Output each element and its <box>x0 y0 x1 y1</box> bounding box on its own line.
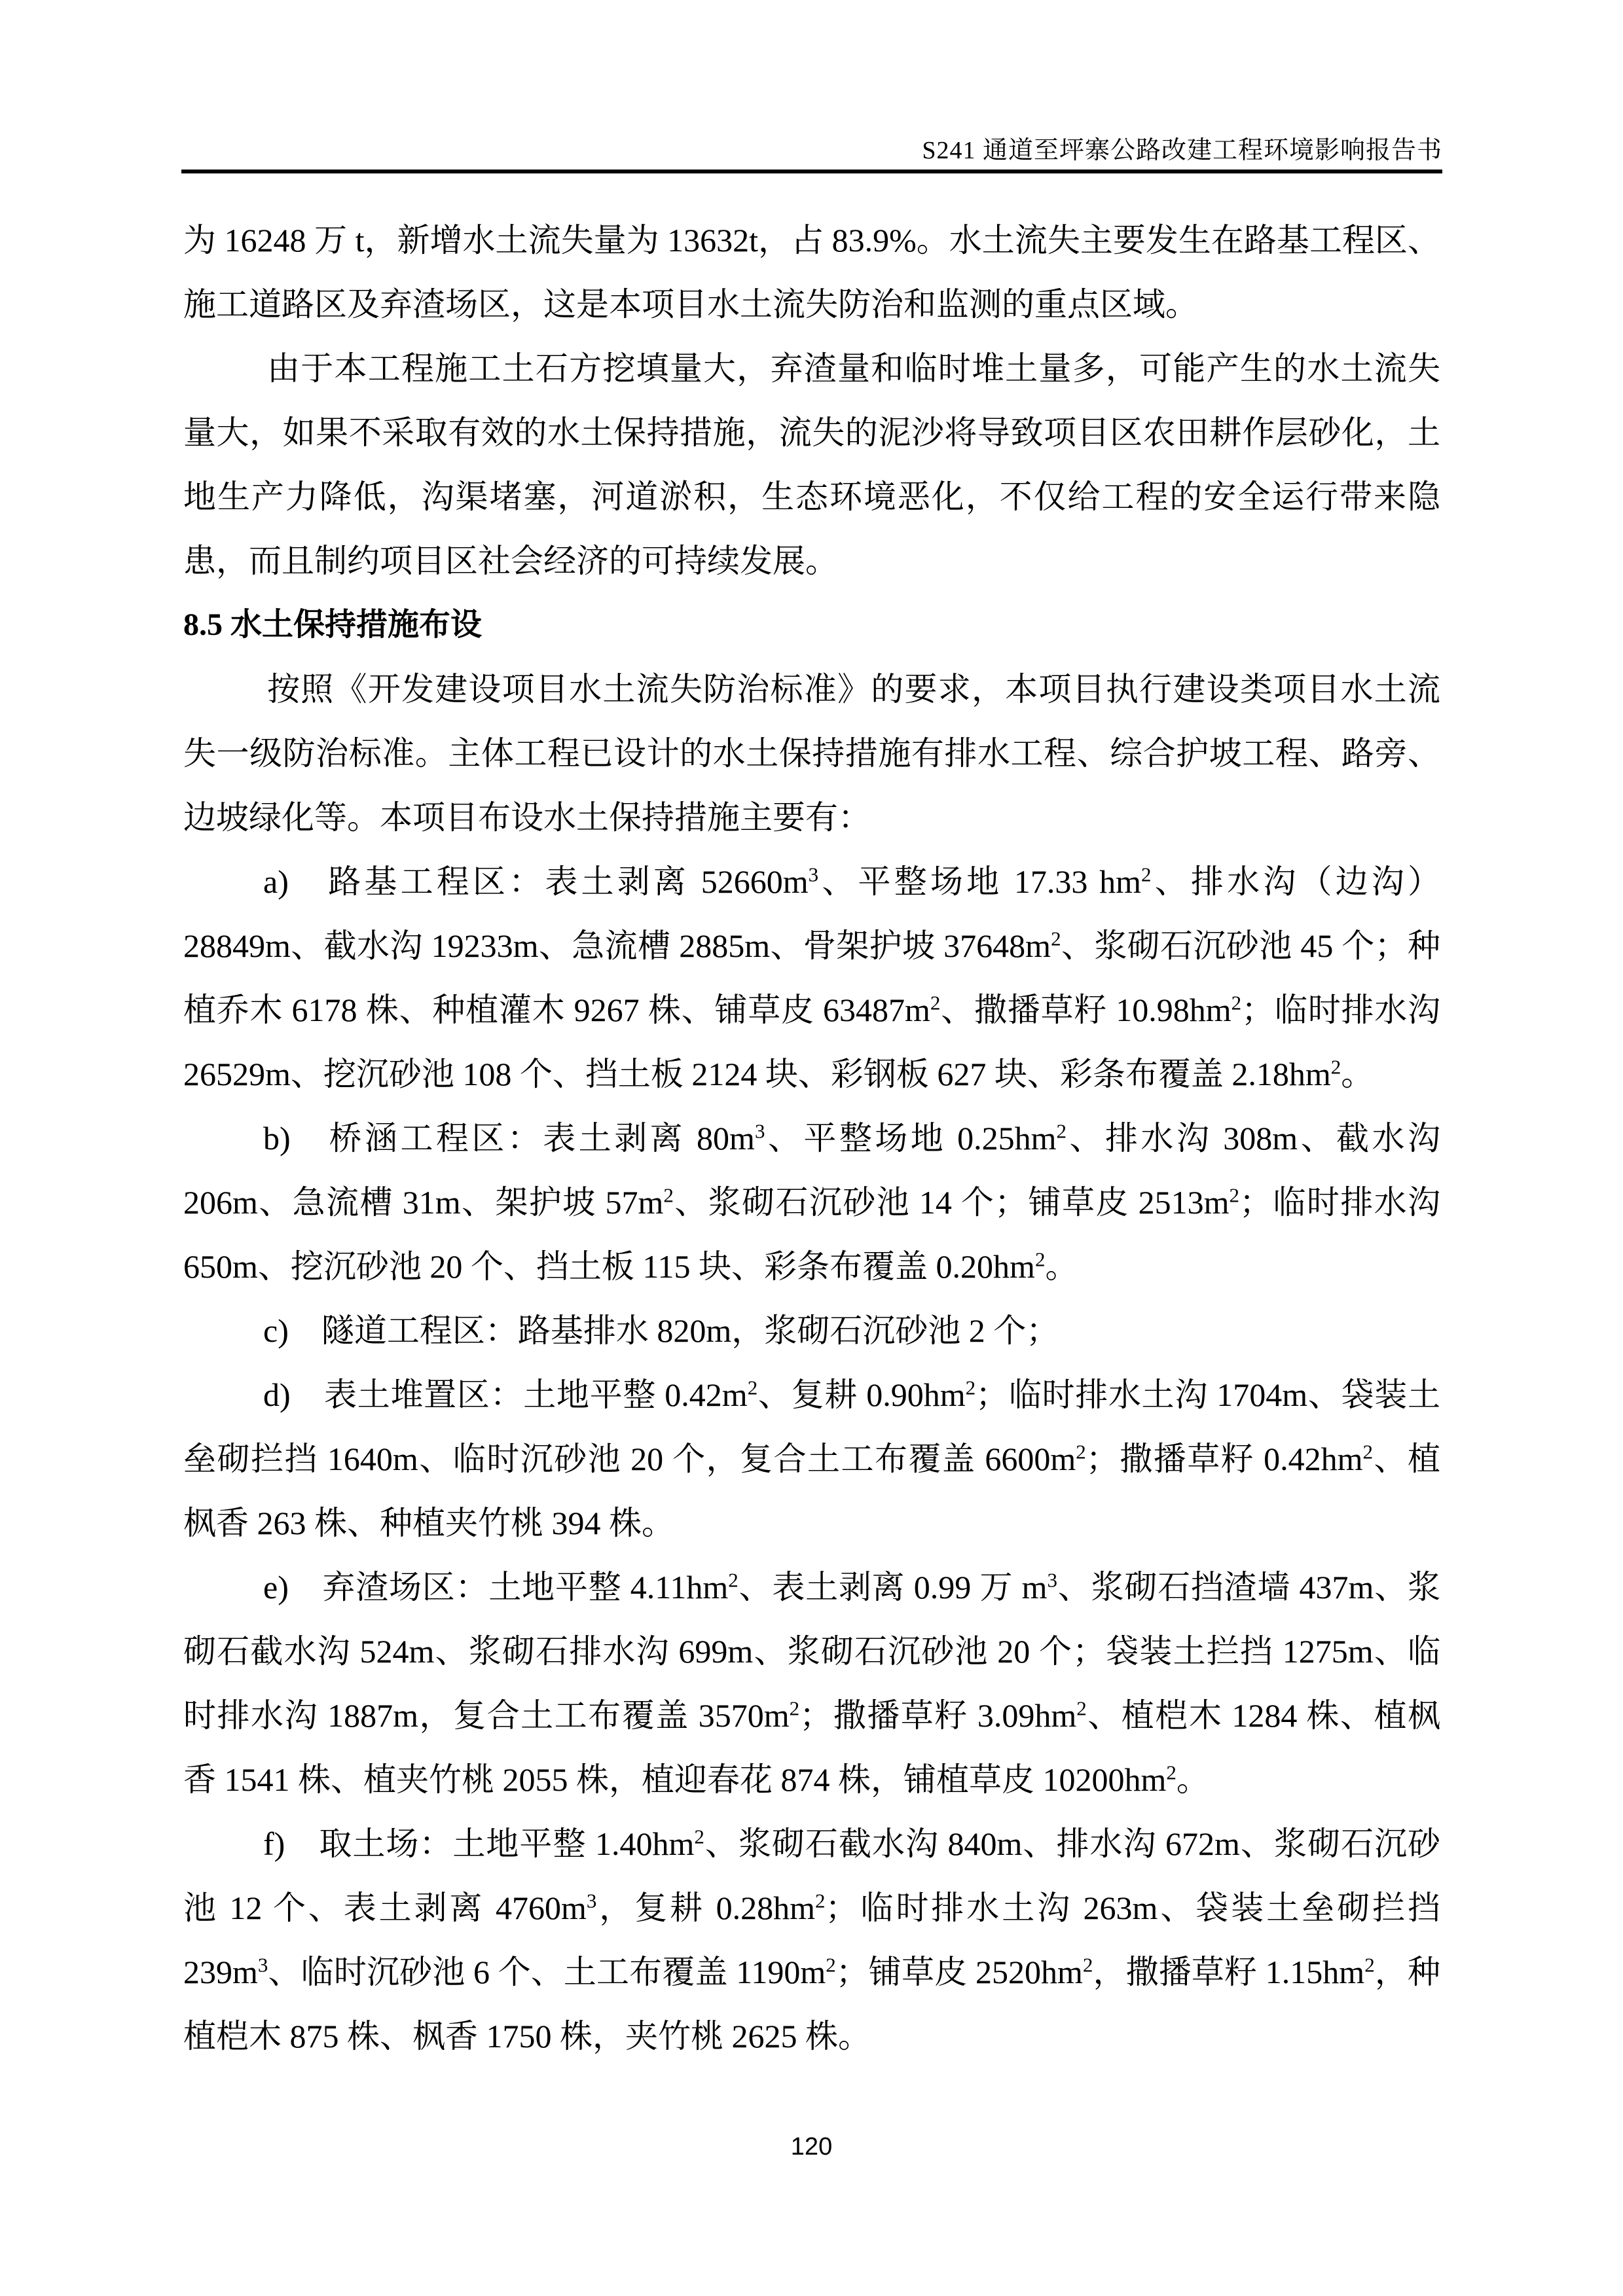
text-run: 、复耕 0.90hm <box>757 1376 965 1413</box>
superscript-digit: 2 <box>663 1183 674 1206</box>
text-run: 、平整场地 0.25hm <box>765 1120 1056 1157</box>
superscript-digit: 2 <box>1051 927 1061 950</box>
superscript-digit: 2 <box>1331 1055 1341 1078</box>
list-item-a-roadbed-zone: a) 路基工程区：表土剥离 52660m3、平整场地 17.33 hm2、排水沟… <box>183 850 1440 1106</box>
page-number: 120 <box>791 2133 832 2161</box>
text-run: 为 16248 万 t，新增水土流失量为 13632t，占 83.9%。水土流失… <box>183 222 1440 323</box>
text-run: 、浆砌石沉砂池 14 个；铺草皮 2513m <box>674 1184 1230 1221</box>
superscript-digit: 2 <box>966 1376 976 1399</box>
page-header: S241 通道至坪寨公路改建工程环境影响报告书 <box>181 0 1442 173</box>
list-item-c-tunnel-zone: c) 隧道工程区：路基排水 820m，浆砌石沉砂池 2 个； <box>183 1299 1440 1363</box>
superscript-digit: 3 <box>1047 1568 1057 1591</box>
text-run: ，撒播草籽 1.15hm <box>1093 1954 1364 1990</box>
list-item-f-borrow-pit: f) 取土场：土地平整 1.40hm2、浆砌石截水沟 840m、排水沟 672m… <box>183 1812 1440 2068</box>
text-run: d) 表土堆置区：土地平整 0.42m <box>263 1376 748 1413</box>
superscript-digit: 3 <box>755 1119 765 1142</box>
superscript-digit: 2 <box>1035 1247 1046 1270</box>
superscript-digit: 3 <box>809 863 819 886</box>
paragraph-soil-loss-risk: 由于本工程施工土石方挖填量大，弃渣量和临时堆土量多，可能产生的水土流失量大，如果… <box>183 336 1440 593</box>
text-run: ；撒播草籽 0.42hm <box>1086 1441 1363 1477</box>
report-page: { "header": { "title": "S241 通道至坪寨公路改建工程… <box>0 0 1623 2296</box>
superscript-digit: 2 <box>815 1889 826 1912</box>
superscript-digit: 2 <box>1364 1953 1375 1976</box>
text-run: e) 弃渣场区：土地平整 4.11hm <box>263 1569 728 1605</box>
page-footer: 120 <box>0 2132 1623 2161</box>
document-body: 为 16248 万 t，新增水土流失量为 13632t，占 83.9%。水土流失… <box>183 208 1440 2068</box>
list-item-b-bridge-culvert-zone: b) 桥涵工程区：表土剥离 80m3、平整场地 0.25hm2、排水沟 308m… <box>183 1106 1440 1299</box>
superscript-digit: 2 <box>826 1953 836 1976</box>
superscript-digit: 2 <box>1230 1183 1240 1206</box>
text-run: 、表土剥离 0.99 万 m <box>739 1569 1048 1605</box>
superscript-digit: 2 <box>728 1568 739 1591</box>
text-run: a) 路基工程区：表土剥离 52660m <box>263 863 809 900</box>
superscript-digit: 2 <box>1076 1440 1086 1463</box>
superscript-digit: 2 <box>1057 1119 1067 1142</box>
text-run: 。 <box>1176 1761 1209 1798</box>
superscript-digit: 3 <box>258 1953 268 1976</box>
text-run: 、平整场地 17.33 hm <box>818 863 1141 900</box>
text-run: b) 桥涵工程区：表土剥离 80m <box>263 1120 755 1157</box>
text-run: ；撒播草籽 3.09hm <box>799 1697 1076 1734</box>
superscript-digit: 3 <box>587 1889 597 1912</box>
text-run: 、临时沉砂池 6 个、土工布覆盖 1190m <box>268 1954 826 1990</box>
superscript-digit: 2 <box>1141 863 1152 886</box>
superscript-digit: 2 <box>1231 991 1242 1014</box>
text-run: ；铺草皮 2520hm <box>836 1954 1083 1990</box>
section-heading-8-5: 8.5 水土保持措施布设 <box>183 593 1440 657</box>
superscript-digit: 2 <box>1166 1761 1176 1784</box>
paragraph-measures-intro: 按照《开发建设项目水土流失防治标准》的要求，本项目执行建设类项目水土流失一级防治… <box>183 657 1440 850</box>
superscript-digit: 2 <box>1363 1440 1374 1463</box>
paragraph-soil-loss-summary: 为 16248 万 t，新增水土流失量为 13632t，占 83.9%。水土流失… <box>183 208 1440 336</box>
text-run: 由于本工程施工土石方挖填量大，弃渣量和临时堆土量多，可能产生的水土流失量大，如果… <box>183 350 1440 579</box>
superscript-digit: 2 <box>930 991 941 1014</box>
text-run: 按照《开发建设项目水土流失防治标准》的要求，本项目执行建设类项目水土流失一级防治… <box>183 671 1440 836</box>
superscript-digit: 2 <box>748 1376 758 1399</box>
text-run: c) 隧道工程区：路基排水 820m，浆砌石沉砂池 2 个； <box>263 1312 1059 1349</box>
superscript-digit: 2 <box>790 1696 800 1719</box>
text-run: 、撒播草籽 10.98hm <box>940 992 1231 1028</box>
text-run: 。 <box>1341 1056 1374 1092</box>
superscript-digit: 2 <box>1076 1696 1087 1719</box>
superscript-digit: 2 <box>1083 1953 1093 1976</box>
text-run: ，复耕 0.28hm <box>596 1890 815 1926</box>
superscript-digit: 2 <box>694 1825 704 1848</box>
header-title: S241 通道至坪寨公路改建工程环境影响报告书 <box>922 137 1442 164</box>
list-item-d-topsoil-stockpile-zone: d) 表土堆置区：土地平整 0.42m2、复耕 0.90hm2；临时排水土沟 1… <box>183 1363 1440 1555</box>
list-item-e-spoil-ground-zone: e) 弃渣场区：土地平整 4.11hm2、表土剥离 0.99 万 m3、浆砌石挡… <box>183 1555 1440 1812</box>
text-run: f) 取土场：土地平整 1.40hm <box>263 1825 694 1862</box>
text-run: 。 <box>1045 1248 1078 1285</box>
